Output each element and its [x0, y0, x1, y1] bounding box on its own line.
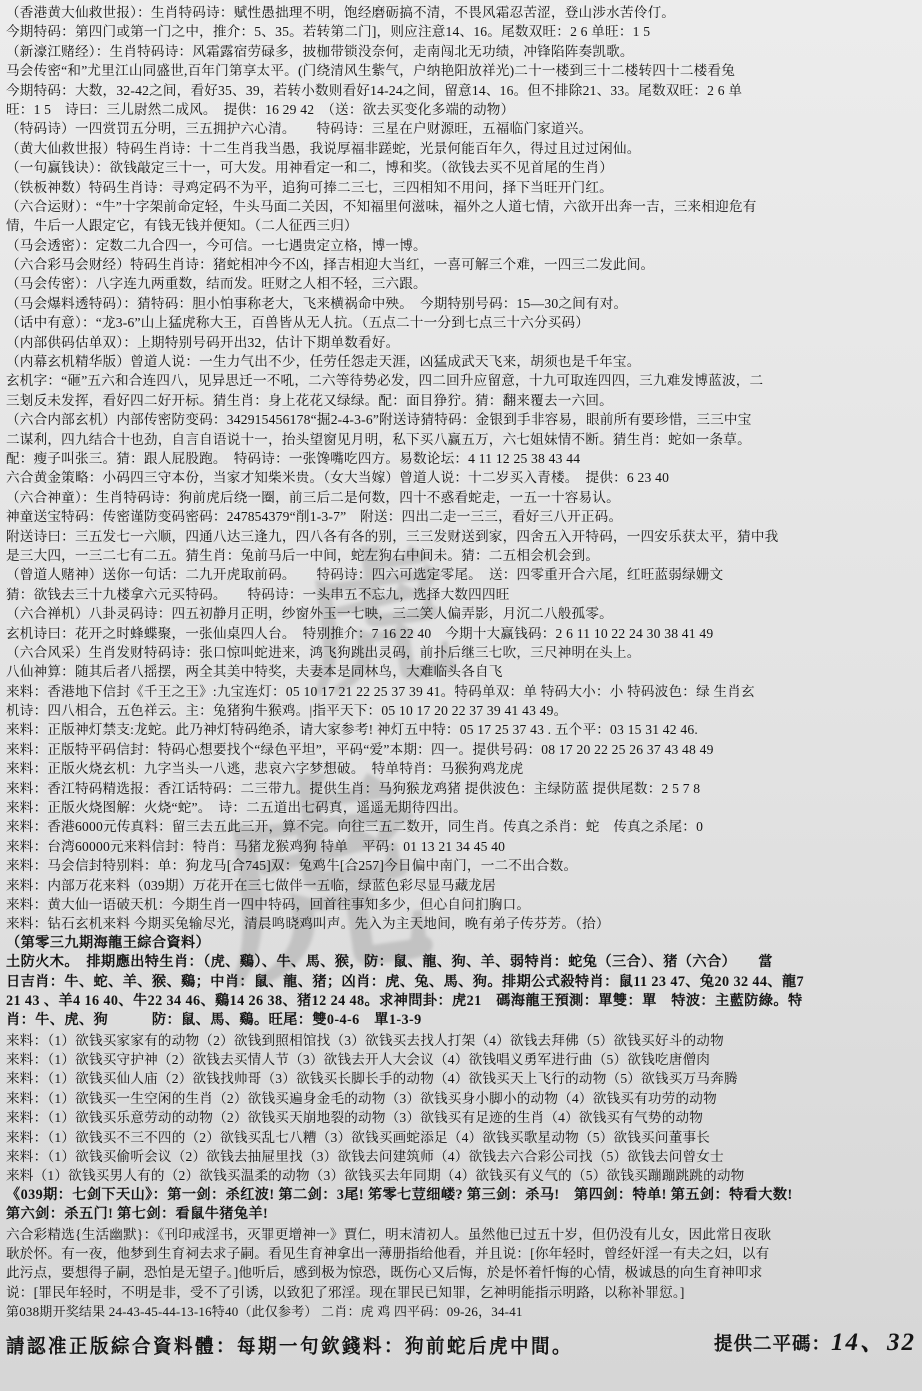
text-line: 来料：（1）欲钱买家家有的动物（2）欲钱到照相馆找（3）欲钱买去找人打架（4）欲…	[6, 1031, 916, 1050]
text-line: （内部供码估单双）：上期特别号码开出32，估计下期单数看好。	[6, 333, 916, 352]
text-line: 附送诗曰：三五发七一六顺，四通八达三逢九，四八各有各的别，三三发财送到家，四舍五…	[6, 527, 916, 546]
text-line: 来料：（1）欲钱买不三不四的（2）欲钱买乱七八糟（3）欲钱买画蛇添足（4）欲钱买…	[6, 1128, 916, 1147]
text-line: 来料：（1）欲钱买乐意劳动的动物（2）欲钱买天崩地裂的动物（3）欲钱买有足迹的生…	[6, 1108, 916, 1127]
text-line: 六合黄金策略：小码四三守本份，当家才知柴米贵。（女大当嫁）曾道人说：十二岁买入青…	[6, 468, 916, 487]
text-line: （六合彩马会财经）特码生肖诗：猪蛇相冲今不凶，择吉相迎大当红，一喜可解三个难，一…	[6, 255, 916, 274]
text-line: （香港黄大仙救世报）：生肖特码诗：赋性愚拙理不明，饱经磨砺搞不清，不畏风霜忍苦涩…	[6, 3, 916, 22]
text-line: 机诗：四八相合，五色祥云。主：兔猪狗牛猴鸡。|指平天下：05 10 17 20 …	[6, 701, 916, 720]
footer-provide: 提供二平碼：14、32	[714, 1322, 916, 1358]
text-line: （铁板神数）特码生肖诗：寻鸡定码不为平，追狗可捧二三七，三四相知不用问，择下当旺…	[6, 178, 916, 197]
text-line: 肖：牛、虎、狗 防：鼠、馬、鷄。旺尾：雙0-4-6 單1-3-9	[6, 1011, 916, 1030]
text-line: 玄机字：“砸”五六和合连四八，见异思迁一不吼，二六等待势必发，四二回升应留意，十…	[6, 371, 916, 390]
text-line: 来料：（1）欲钱买守护神（2）欲钱去买情人节（3）欲钱去开人大会议（4）欲钱唱义…	[6, 1050, 916, 1069]
text-line: （内幕玄机精华版）曾道人说：一生力气出不少，任劳任怨走天涯，凶猛成武天飞来，胡须…	[6, 352, 916, 371]
text-line: （曾道人赌神）送你一句话：二九开虎取前码。 特码诗：四六可选定零尾。 送：四零重…	[6, 565, 916, 584]
footer-line: 請認准正版綜合資料體：每期一句欽錢料：狗前蛇后虎中間。 提供二平碼：14、32	[6, 1324, 916, 1358]
text-line: （黄大仙救世报）特码生肖诗：十二生肖我当愚，我说厚福非蹉蛇，光景何能百年久，得过…	[6, 139, 916, 158]
text-line: 今期特码：第四门或第一门之中，推介：5、35。若转第二门]，则应注意14、16。…	[6, 22, 916, 41]
text-line: 《039期：七剑下天山》：第一剑：杀红波! 第二剑：3尾! 笫零七荳细嵝? 第三…	[6, 1186, 916, 1205]
text-line: 来料：内部万花来料（039期）万花开在三七做伴一五临，绿蓝色彩尽显马藏龙居	[6, 876, 916, 895]
text-line: 是三大四，一三二七有二五。猜生肖：兔前马后一中间，蛇左狗右中间未。猜：二五相会机…	[6, 546, 916, 565]
text-line: （新濠江赌经）：生肖特码诗：风霜露宿劳碌多，披枷带锁没奈何，走南闯北无功绩，冲锋…	[6, 42, 916, 61]
text-line: 来料：（1）欲钱买仙人庙（2）欲钱找帅哥（3）欲钱买长脚长手的动物（4）欲钱买天…	[6, 1069, 916, 1088]
text-line: 六合彩精选{生活幽默}：《刊印戒淫书，灭罪更增神一》賈仁，明末清初人。虽然他已过…	[6, 1225, 916, 1244]
text-line: （马会传密）：八字连九两重数，结而发。旺财之人相不轻，三六跟。	[6, 274, 916, 293]
text-line: 第六剑：杀五门! 第七剑：看鼠牛猪兔羊!	[6, 1205, 916, 1224]
footer-slogan: 請認准正版綜合資料體：每期一句欽錢料：狗前蛇后虎中間。	[6, 1331, 573, 1358]
text-line: 配：瘦子叫张三。猜：跟人屁股跑。 特码诗：一张馋嘴吃四方。易数论坛：4 11 1…	[6, 449, 916, 468]
text-line: （马会透密）：定数二九合四一，今可信。一七遇贵定立格，博一博。	[6, 236, 916, 255]
text-line: （六合风采）生肖发财特码诗：张口惊叫蛇进来，鸿飞狗跳出灵码，前扑后继三七吹，三尺…	[6, 643, 916, 662]
text-line: （六合内部玄机）内部传密防变码：342915456178“掘2-4-3-6”附送…	[6, 410, 916, 429]
text-line: 八仙神算：随其后者八摇摆，两全其美中特奖，夫妻本是同林鸟，大难临头各自飞	[6, 662, 916, 681]
text-line: 日吉肖：牛、蛇、羊、猴、鷄；中肖：鼠、龍、猪；凶肖：虎、兔、馬、狗。排期公式殺特…	[6, 973, 916, 992]
text-line: 二谋利，四九结合十也劲，自言自语说十一，抬头望窗见月明，私下买八赢五万，六七姐妹…	[6, 430, 916, 449]
text-line: 今期特码：大数，32-42之间，看好35、39，若转小数则看好14-24之间，留…	[6, 81, 916, 100]
text-line: 来料：马会信封特别料：单：狗龙马[合745]双：兔鸡牛[合257]今日偏中南门，…	[6, 856, 916, 875]
text-line: 马会传密“和”尤里江山同盛世,百年门第享太平。(门绕清风生紫气，户纳艳阳放祥光)…	[6, 61, 916, 80]
text-line: 来料：台湾60000元来料信封：特肖：马猪龙猴鸡狗 特单 平码：01 13 21…	[6, 837, 916, 856]
text-line: 土防火木。 排期應出特生肖：（虎、鷄）、牛、馬、猴，防：鼠、龍、狗、羊、弱特肖：…	[6, 953, 916, 972]
text-line: 三刬反未发挥，看好四二好开标。猜生肖：身上花花又绿绿。配：面目狰狞。猜：翻来覆去…	[6, 391, 916, 410]
text-line: 情，牛后一人跟定它，有钱无钱并便知。（二人征西三归）	[6, 216, 916, 235]
text-line: 神童送宝特码：传密谨防变码密码：247854379“削1-3-7” 附送：四出二…	[6, 507, 916, 526]
text-line: 来料（1）欲钱买男人有的（2）欲钱买温柔的动物（3）欲钱买去年同期（4）欲钱买有…	[6, 1166, 916, 1185]
text-line: （六合运财）：“牛”十字架前命定轻，牛头马面二关因，不知福里何滋味，福外之人道七…	[6, 197, 916, 216]
text-line: 说：[罪民年轻时，不明是非，受不了引诱，以致犯了邪淫。现在罪民已知罪，乞神明能指…	[6, 1283, 916, 1302]
text-line: 此污点，要想得子嗣，恐怕是无望子。]他听后，感到极为惊恐，既伤心又后悔，於是怀着…	[6, 1263, 916, 1282]
text-line: 来料：香港地下信封《千王之王》:九宝连灯：05 10 17 21 22 25 3…	[6, 682, 916, 701]
text-line: （六合禅机）八卦灵码诗：四五初静月正明，纱窗外玉一七映，三二笑人偏弄影，月沉二八…	[6, 604, 916, 623]
text-line: （特码诗）一四赏罚五分明，三五拥护六心清。 特码诗：三星在户财源旺，五福临门家道…	[6, 119, 916, 138]
text-line: 来料：正版特平码信封：特码心想要找个“绿色平坦”，平码“爱”本期：四一。提供号码…	[6, 740, 916, 759]
text-line: 来料：香港6000元传真料：留三去五此三开，算不完。向往三五二数开，同生肖。传真…	[6, 817, 916, 836]
text-line: 玄机诗曰：花开之时蜂蝶聚，一张仙桌四人台。 特别推介：7 16 22 40 今期…	[6, 624, 916, 643]
text-line: 来料：黄大仙一语破天机：今期生肖一四中特码，回首往事知多少，但心自问扪胸口。	[6, 895, 916, 914]
text-line: 猜：欲钱去三十九楼拿六元买特码。 特码诗：一头串五不忘九，选择大数四四旺	[6, 585, 916, 604]
text-line: 来料：正版火烧图解：火烧“蛇”。 诗：二五道出七码真，遥遥无期待四出。	[6, 798, 916, 817]
text-line: 来料：正版火烧玄机：九字当头一八逃，悲哀六字梦想破。 特单特肖：马猴狗鸡龙虎	[6, 759, 916, 778]
document-lines: （香港黄大仙救世报）：生肖特码诗：赋性愚拙理不明，饱经磨砺搞不清，不畏风霜忍苦涩…	[6, 3, 916, 1322]
tip-sheet-page: 虎 虎 （香港黄大仙救世报）：生肖特码诗：赋性愚拙理不明，饱经磨砺搞不清，不畏风…	[0, 0, 922, 1391]
text-line: 来料：（1）欲钱买一生空闲的生肖（2）欲钱买遍身金毛的动物（3）欲钱买身小脚小的…	[6, 1089, 916, 1108]
text-line: （话中有意）：“龙3-6”山上猛虎称大王，百兽皆从无人抗。（五点二十一分到七点三…	[6, 313, 916, 332]
text-line: 第038期开奖结果 24-43-45-44-13-16特40（此仅参考） 二肖：…	[6, 1302, 916, 1321]
text-line: 21 43 、羊4 16 40、牛22 34 46、鷄14 26 38、猪12 …	[6, 992, 916, 1011]
footer-provide-label: 提供二平碼：	[714, 1335, 831, 1355]
text-line: （六合神童）：生肖特码诗：狗前虎后绕一圈，前三后二是何数，四十不惑看蛇走，一五一…	[6, 488, 916, 507]
footer-provide-numbers: 14、32	[831, 1329, 916, 1356]
text-line: （一句赢钱诀）：欲钱敲定三十一，可大发。用神看定一和二，博和奖。（欲钱去买不见首…	[6, 158, 916, 177]
text-line: 来料：正版神灯禁支:龙蛇。此乃神灯特码绝杀，请大家参考! 神灯五中特：05 17…	[6, 720, 916, 739]
text-line: （第零三九期海龍王綜合資料）	[6, 934, 916, 953]
text-line: 耿於怀。有一夜，他梦到生育祠去求子嗣。看见生育神拿出一薄册指给他看，并且说：[你…	[6, 1244, 916, 1263]
document-body: （香港黄大仙救世报）：生肖特码诗：赋性愚拙理不明，饱经磨砺搞不清，不畏风霜忍苦涩…	[0, 0, 922, 1358]
text-line: 来料：香江特码精选报：香江话特码：二三带九。提供生肖：马狗猴龙鸡猪 提供波色：主…	[6, 779, 916, 798]
text-line: 来料：（1）欲钱买偷听会议（2）欲钱去抽屉里找（3）欲钱去问建筑师（4）欲钱去六…	[6, 1147, 916, 1166]
text-line: 旺：1 5 诗曰：三儿尉然二成风。 提供：16 29 42 （送：欲去买变化多端…	[6, 100, 916, 119]
text-line: （马会爆料透特码）：猜特码：胆小怕事称老大，飞来横祸命中殃。 今期特别号码：15…	[6, 294, 916, 313]
text-line: 来料：钻石玄机来料 今期买兔输尽光，清晨鸣晓鸡叫声。先入为主天地间，晚有弟子传芬…	[6, 914, 916, 933]
